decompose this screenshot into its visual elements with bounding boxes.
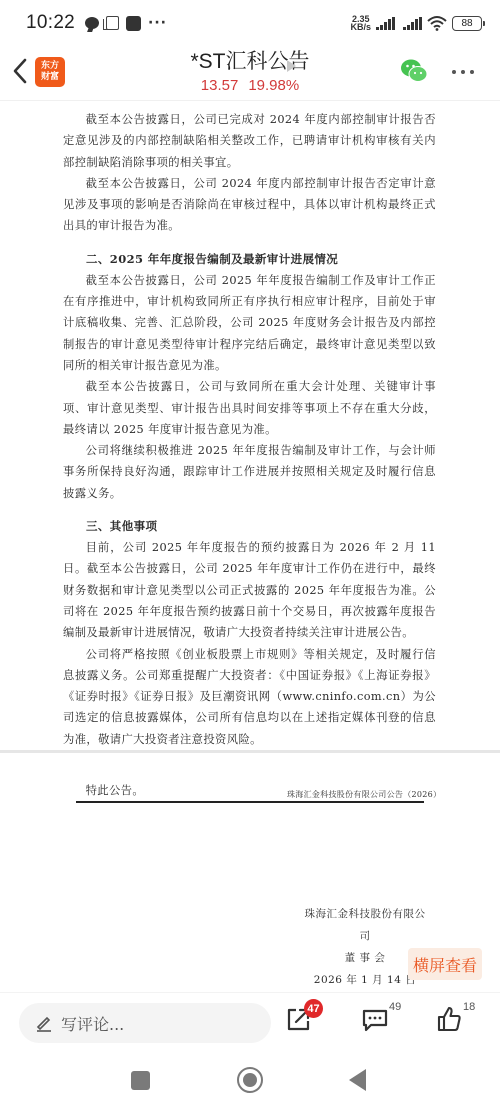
- signature-company: 珠海汇金科技股份有限公司: [300, 903, 430, 947]
- system-nav-bar: [0, 1052, 500, 1111]
- more-options-button[interactable]: [452, 62, 482, 82]
- paragraph: 公司将严格按照《创业板股票上市规则》等相关规定，及时履行信息披露义务。公司郑重提…: [63, 644, 436, 750]
- play-arrow-icon[interactable]: [287, 60, 296, 72]
- document-page-1: 截至本公告披露日，公司已完成对 2024 年度内部控制审计报告否定意见涉及的内部…: [63, 109, 436, 801]
- paragraph: 截至本公告披露日，公司 2024 年度内部控制审计报告否定审计意见涉及事项的影响…: [63, 173, 436, 237]
- bottom-action-bar: 写评论... 47 49 18: [0, 992, 500, 1052]
- stock-price: 13.57: [201, 77, 239, 94]
- comment-placeholder: 写评论...: [61, 1012, 124, 1035]
- header: 东方 财富 *ST汇科公告 13.5719.98%: [0, 46, 500, 100]
- landscape-view-button[interactable]: 横屏查看: [408, 948, 482, 980]
- paragraph: 截至本公告披露日，公司与致同所在重大会计处理、关键审计事项、审计意见类型、审计报…: [63, 376, 436, 440]
- stock-change-pct: 19.98%: [248, 77, 299, 94]
- like-count: 18: [463, 1001, 475, 1013]
- comments-button[interactable]: 49: [361, 1005, 395, 1039]
- dot-icon: [452, 70, 456, 74]
- paragraph: 公司将继续积极推进 2025 年年度报告编制及审计工作，与会计师事务所保持良好沟…: [63, 440, 436, 504]
- like-button[interactable]: 18: [435, 1005, 469, 1039]
- paragraph: 截至本公告披露日，公司已完成对 2024 年度内部控制审计报告否定意见涉及的内部…: [63, 109, 436, 173]
- announcement-document[interactable]: 截至本公告披露日，公司已完成对 2024 年度内部控制审计报告否定意见涉及的内部…: [0, 100, 500, 992]
- dot-icon: [461, 70, 465, 74]
- section-heading-2: 二、2025 年年度报告编制及最新审计进展情况: [63, 249, 436, 270]
- paragraph: 目前，公司 2025 年年度报告的预约披露日为 2026 年 2 月 11 日。…: [63, 537, 436, 643]
- battery-icon: 88: [452, 16, 482, 31]
- status-time: 10:22: [26, 12, 75, 34]
- comment-icon: [361, 1005, 389, 1033]
- wifi-icon: [427, 15, 447, 31]
- more-dots-icon: ···: [148, 15, 167, 31]
- pen-icon: [35, 1014, 53, 1032]
- copy-icon: [106, 16, 119, 30]
- notification-icons: ···: [85, 15, 167, 31]
- signal-icon-2: [403, 17, 422, 30]
- share-button[interactable]: 47: [284, 1005, 318, 1039]
- section-heading-3: 三、其他事项: [63, 516, 436, 537]
- thumbs-up-icon: [435, 1005, 463, 1033]
- chat-bubble-icon: [85, 17, 99, 29]
- status-bar: 10:22 ··· 2.35 KB/s 88: [0, 0, 500, 46]
- page-header-text: 珠海汇金科技股份有限公司公告（2026）: [287, 789, 441, 800]
- comment-count: 49: [389, 1001, 401, 1013]
- share-count-badge: 47: [304, 999, 323, 1018]
- wechat-share-icon[interactable]: [400, 58, 428, 84]
- recent-apps-icon[interactable]: [131, 1071, 150, 1090]
- network-speed: 2.35 KB/s: [351, 15, 372, 31]
- app-square-icon: [126, 16, 141, 31]
- signal-icon: [376, 17, 395, 30]
- comment-input[interactable]: 写评论...: [19, 1003, 271, 1043]
- nav-back-icon[interactable]: [349, 1069, 366, 1091]
- dot-icon: [470, 70, 474, 74]
- paragraph: 截至本公告披露日，公司 2025 年年度报告编制工作及审计工作正在有序推进中，审…: [63, 270, 436, 376]
- home-icon[interactable]: [237, 1067, 263, 1093]
- page-header-rule: [76, 801, 424, 803]
- page-separator: [0, 750, 500, 753]
- status-right: 2.35 KB/s 88: [351, 15, 482, 31]
